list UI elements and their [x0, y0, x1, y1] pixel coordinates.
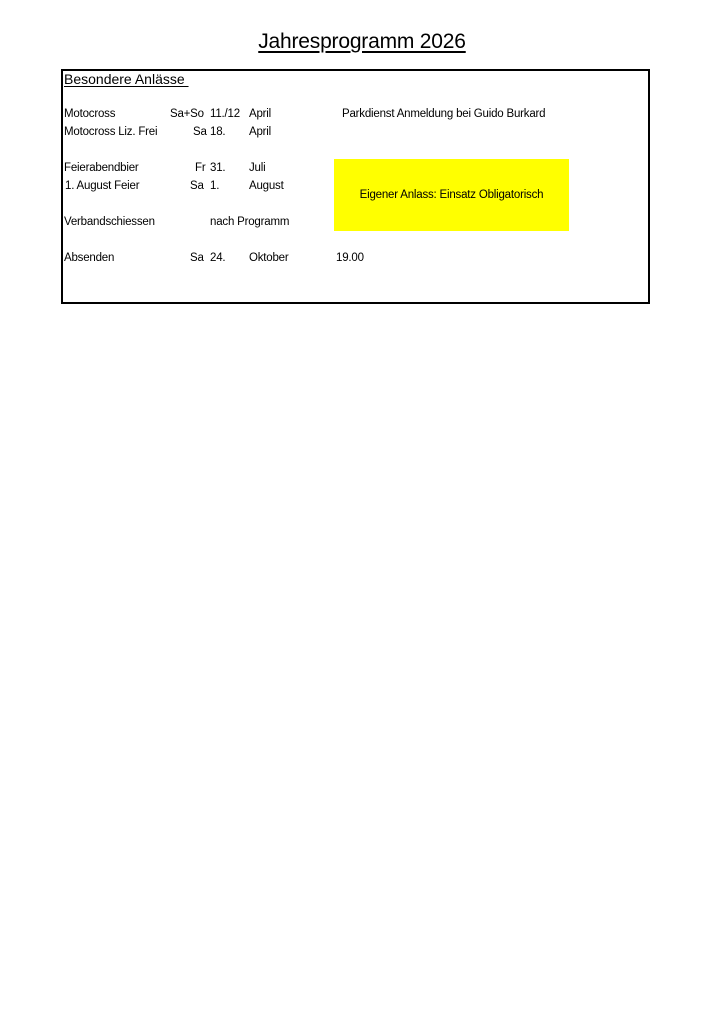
event-month: Juli [249, 162, 265, 174]
event-date: 24. [210, 252, 225, 264]
section-heading: Besondere Anlässe [64, 71, 189, 87]
event-date: 11./12 [210, 108, 240, 120]
event-name: Motocross [64, 108, 115, 120]
event-name: Absenden [64, 252, 114, 264]
event-name: Feierabendbier [64, 162, 139, 174]
event-date: 31. [210, 162, 225, 174]
page-title: Jahresprogramm 2026 [0, 30, 724, 54]
event-month: April [249, 126, 271, 138]
event-day: Sa [190, 180, 204, 192]
event-name: Motocross Liz. Frei [64, 126, 157, 138]
event-note: Parkdienst Anmeldung bei Guido Burkard [342, 108, 545, 120]
event-month: August [249, 180, 284, 192]
event-day: Sa+So [170, 108, 204, 120]
event-month: April [249, 108, 271, 120]
highlight-text: Eigener Anlass: Einsatz Obligatorisch [360, 189, 544, 201]
event-date: 1. [210, 180, 219, 192]
event-time: 19.00 [336, 252, 364, 264]
event-day: Fr [195, 162, 205, 174]
event-day: Sa [190, 252, 204, 264]
highlight-box: Eigener Anlass: Einsatz Obligatorisch [334, 159, 569, 231]
event-month: Oktober [249, 252, 289, 264]
event-date: 18. [210, 126, 225, 138]
event-name: 1. August Feier [65, 180, 139, 192]
event-date: nach Programm [210, 216, 289, 228]
event-name: Verbandschiessen [64, 216, 155, 228]
event-day: Sa [193, 126, 207, 138]
